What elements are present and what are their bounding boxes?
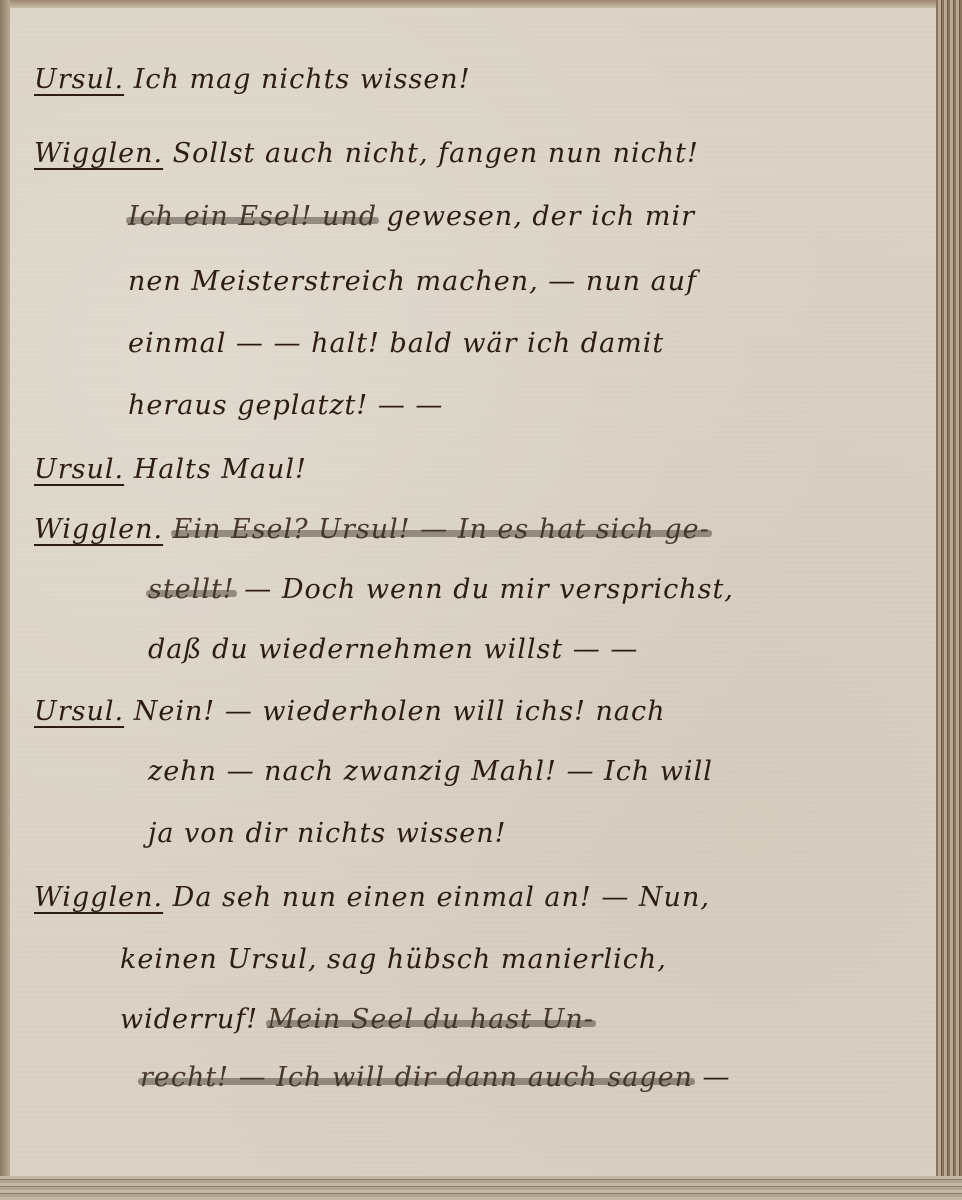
book-top-edge (10, 0, 940, 8)
line-text: daß du wiedernehmen willst — — (148, 634, 638, 665)
manuscript-line: Wigglen. Ein Esel? Ursul! — In es hat si… (34, 514, 710, 545)
line-text: — Doch wenn du mir versprichst, (244, 574, 734, 605)
struck-text: Ich ein Esel! und (128, 201, 377, 232)
manuscript-line: Wigglen. Da seh nun einen einmal an! — N… (34, 882, 710, 913)
manuscript-line: Ursul. Halts Maul! (34, 454, 307, 485)
manuscript-line: Ich ein Esel! und gewesen, der ich mir (128, 201, 695, 232)
manuscript-line: Wigglen. Sollst auch nicht, fangen nun n… (34, 138, 699, 169)
line-text: Ich mag nichts wissen! (134, 64, 471, 95)
line-text: Halts Maul! (134, 454, 307, 485)
struck-text: stellt! (148, 574, 235, 605)
manuscript-line: zehn — nach zwanzig Mahl! — Ich will (148, 756, 713, 787)
struck-text: recht! — Ich will dir dann auch sagen (140, 1062, 693, 1093)
manuscript-line: nen Meisterstreich machen, — nun auf (128, 266, 697, 297)
manuscript-line: widerruf! Mein Seel du hast Un- (120, 1004, 594, 1035)
manuscript-page: Ursul. Ich mag nichts wissen! Wigglen. S… (10, 6, 941, 1178)
manuscript-line: einmal — — halt! bald wär ich damit (128, 328, 664, 359)
manuscript-line: daß du wiedernehmen willst — — (148, 634, 638, 665)
speaker-name: Wigglen. (34, 882, 163, 913)
speaker-name: Ursul. (34, 64, 124, 95)
struck-text: Ein Esel? Ursul! — In es hat sich ge- (173, 514, 710, 545)
line-text: nen Meisterstreich machen, — nun auf (128, 266, 697, 297)
manuscript-line: ja von dir nichts wissen! (148, 818, 506, 849)
line-text: gewesen, der ich mir (387, 201, 695, 232)
line-text: Nein! — wiederholen will ichs! nach (134, 696, 666, 727)
book-bottom-edge (0, 1176, 962, 1200)
manuscript-line: heraus geplatzt! — — (128, 390, 443, 421)
line-text: zehn — nach zwanzig Mahl! — Ich will (148, 756, 713, 787)
line-text: Da seh nun einen einmal an! — Nun, (173, 882, 710, 913)
speaker-name: Ursul. (34, 696, 124, 727)
line-text: heraus geplatzt! — — (128, 390, 443, 421)
manuscript-text: Ursul. Ich mag nichts wissen! Wigglen. S… (10, 6, 940, 1178)
manuscript-line: stellt! — Doch wenn du mir versprichst, (148, 574, 734, 605)
line-text: keinen Ursul, sag hübsch manierlich, (120, 944, 667, 975)
manuscript-line: Ursul. Nein! — wiederholen will ichs! na… (34, 696, 666, 727)
struck-text: Mein Seel du hast Un- (268, 1004, 594, 1035)
speaker-name: Ursul. (34, 454, 124, 485)
speaker-name: Wigglen. (34, 514, 163, 545)
line-text: — (703, 1062, 731, 1093)
line-text: widerruf! (120, 1004, 268, 1035)
line-text: Sollst auch nicht, fangen nun nicht! (173, 138, 699, 169)
speaker-name: Wigglen. (34, 138, 163, 169)
manuscript-line: keinen Ursul, sag hübsch manierlich, (120, 944, 667, 975)
manuscript-line: Ursul. Ich mag nichts wissen! (34, 64, 471, 95)
line-text: einmal — — halt! bald wär ich damit (128, 328, 664, 359)
line-text: ja von dir nichts wissen! (148, 818, 506, 849)
manuscript-line: recht! — Ich will dir dann auch sagen — (140, 1062, 731, 1093)
page-stack-edge (936, 0, 962, 1200)
